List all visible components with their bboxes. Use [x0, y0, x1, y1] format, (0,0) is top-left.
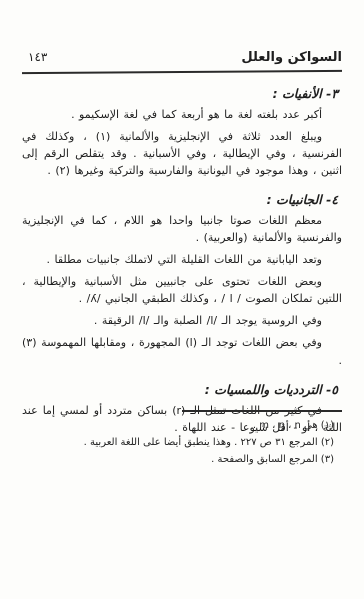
book-page: السواكن والعلل ١٤٣ ٣- الأنفيات : أكبر عد… — [0, 0, 364, 599]
paragraph: ويبلغ العدد ثلاثة في الإنجليزية والألمان… — [22, 128, 342, 179]
footnote-divider — [182, 410, 342, 412]
footnotes-block: (١) هي m ، ŋ ، n . (٢) المرجع ٣١ ص ٢٢٧ .… — [22, 410, 342, 469]
footnote-3: (٣) المرجع السابق والصفحة . — [22, 452, 334, 467]
header-divider — [22, 70, 342, 74]
section-nasals: ٣- الأنفيات : أكبر عدد بلغته لغة ما هو أ… — [22, 86, 342, 179]
section-heading-trills-taps: ٥- التردديات واللمسيات : — [22, 382, 338, 397]
paragraph: وتعد اليابانية من اللغات القليلة التي لا… — [22, 251, 342, 268]
footnote-1: (١) هي m ، ŋ ، n . — [22, 418, 334, 433]
page-number: ١٤٣ — [22, 50, 47, 64]
section-heading-nasals: ٣- الأنفيات : — [22, 86, 338, 101]
paragraph: وفي بعض اللغات توجد الـ (l) المجهورة ، و… — [22, 334, 342, 368]
paragraph: وفي الروسية يوجد الـ /l/ الصلبة والـ /l/… — [22, 312, 342, 329]
section-heading-laterals: ٤- الجانبيات : — [22, 192, 338, 207]
paragraph: أكبر عدد بلغته لغة ما هو أربعة كما في لغ… — [22, 106, 342, 123]
section-laterals: ٤- الجانبيات : معظم اللغات صوتا جانبيا و… — [22, 192, 342, 368]
footnote-2: (٢) المرجع ٣١ ص ٢٢٧ . وهذا ينطبق أيضا عل… — [22, 435, 334, 450]
running-title: السواكن والعلل — [241, 50, 342, 65]
page-header: السواكن والعلل ١٤٣ — [22, 50, 342, 65]
paragraph: معظم اللغات صوتا جانبيا واحدا هو اللام ،… — [22, 212, 342, 246]
paragraph: وبعض اللغات تحتوى على جانبيين مثل الأسبا… — [22, 273, 342, 307]
